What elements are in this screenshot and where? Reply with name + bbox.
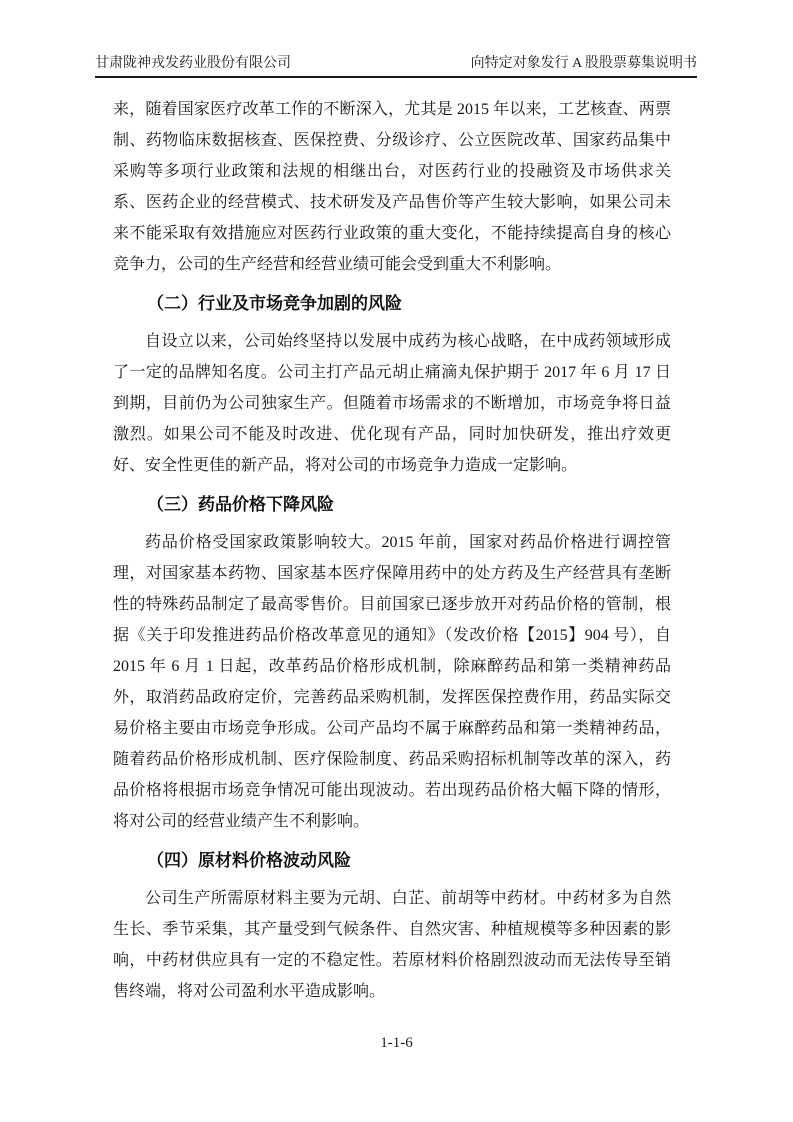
document-page: 甘肃陇神戎发药业股份有限公司 向特定对象发行 A 股股票募集说明书 来，随着国家… bbox=[0, 0, 793, 1122]
body-paragraph-2: 自设立以来，公司始终坚持以发展中成药为核心战略，在中成药领域形成了一定的品牌知名… bbox=[113, 326, 671, 481]
page-header: 甘肃陇神戎发药业股份有限公司 向特定对象发行 A 股股票募集说明书 bbox=[95, 55, 697, 78]
body-paragraph-6: 公司生产所需原材料主要为元胡、白芷、前胡等中药材。中药材多为自然生长、季节采集，… bbox=[113, 883, 671, 1007]
header-company-name: 甘肃陇神戎发药业股份有限公司 bbox=[95, 55, 291, 72]
page-number: 1-1-6 bbox=[380, 1035, 413, 1051]
document-body: 来，随着国家医疗改革工作的不断深入，尤其是 2015 年以来，工艺核查、两票制、… bbox=[113, 94, 671, 1007]
body-paragraph-4: 药品价格受国家政策影响较大。2015 年前，国家对药品价格进行调控管理，对国家基… bbox=[113, 527, 671, 837]
header-document-title: 向特定对象发行 A 股股票募集说明书 bbox=[471, 55, 697, 72]
section-heading-3: （三）药品价格下降风险 bbox=[113, 489, 671, 520]
page-footer: 1-1-6 bbox=[0, 1034, 793, 1052]
section-heading-5: （四）原材料价格波动风险 bbox=[113, 845, 671, 876]
body-paragraph-0: 来，随着国家医疗改革工作的不断深入，尤其是 2015 年以来，工艺核查、两票制、… bbox=[113, 94, 671, 280]
section-heading-1: （二）行业及市场竞争加剧的风险 bbox=[113, 288, 671, 319]
